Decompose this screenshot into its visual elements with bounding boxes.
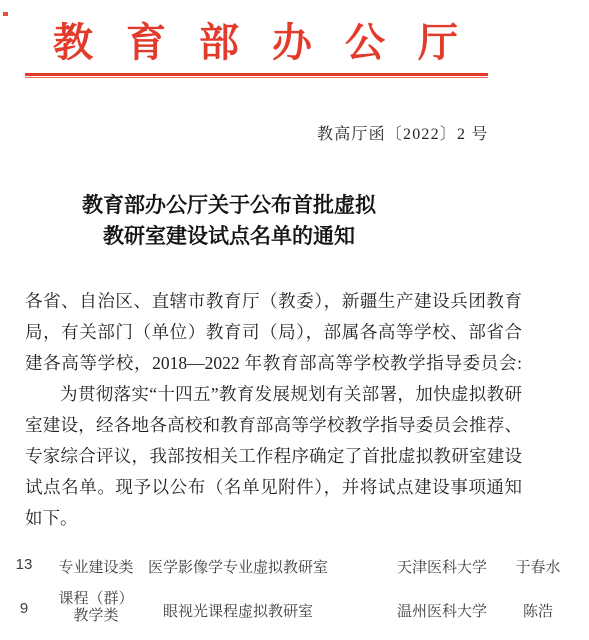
document-body: 各省、自治区、直辖市教育厅（教委），新疆生产建设兵团教育 局，有关部门（单位）教… (25, 286, 522, 534)
divider-thin-line (25, 77, 488, 78)
scan-artifact-dot (3, 12, 8, 16)
body-line: 如下。 (25, 503, 522, 534)
body-line: 为贯彻落实“十四五”教育发展规划有关部署，加快虚拟教研 (25, 379, 522, 410)
body-line: 试点名单。现予以公布（名单见附件），并将试点建设事项通知 (25, 472, 522, 503)
row-leader: 于春水 (501, 556, 575, 577)
table-row: 9 课程（群） 教学类 眼视光课程虚拟教研室 温州医科大学 陈浩 (0, 589, 589, 625)
row-category: 专业建设类 (48, 556, 144, 577)
document-number: 教高厅函〔2022〕2 号 (317, 121, 489, 144)
row-serial: 9 (8, 600, 40, 617)
row-lab-name: 眼视光课程虚拟教研室 (146, 600, 330, 621)
body-line: 室建设，经各地各高校和教育部高等学校教学指导委员会推荐、 (25, 410, 522, 441)
document-page: 教育部办公厅 教高厅函〔2022〕2 号 教育部办公厅关于公布首批虚拟 教研室建… (0, 0, 589, 640)
row-category-line-1: 课程（群） (48, 590, 144, 607)
row-leader: 陈浩 (501, 600, 575, 621)
row-serial: 13 (8, 556, 40, 573)
body-line: 各省、自治区、直辖市教育厅（教委），新疆生产建设兵团教育 (25, 286, 522, 317)
row-category-line-2: 教学类 (48, 607, 144, 624)
table-row: 13 专业建设类 医学影像学专业虚拟教研室 天津医科大学 于春水 (0, 556, 589, 578)
document-title: 教育部办公厅关于公布首批虚拟 教研室建设试点名单的通知 (0, 190, 458, 252)
body-line: 专家综合评议，我部按相关工作程序确定了首批虚拟教研室建设 (25, 441, 522, 472)
document-title-line-2: 教研室建设试点名单的通知 (0, 221, 458, 252)
row-university: 温州医科大学 (376, 600, 508, 621)
body-line: 局，有关部门（单位）教育司（局），部属各高等学校、部省合 (25, 317, 522, 348)
row-lab-name: 医学影像学专业虚拟教研室 (146, 556, 330, 577)
letterhead-title: 教育部办公厅 (53, 11, 491, 68)
divider-thick-line (25, 73, 488, 76)
row-category: 课程（群） 教学类 (48, 590, 144, 624)
body-line: 建各高等学校，2018—2022 年教育部高等学校教学指导委员会: (25, 348, 522, 379)
row-university: 天津医科大学 (376, 556, 508, 577)
letterhead-divider (25, 73, 488, 78)
document-title-line-1: 教育部办公厅关于公布首批虚拟 (0, 190, 458, 221)
